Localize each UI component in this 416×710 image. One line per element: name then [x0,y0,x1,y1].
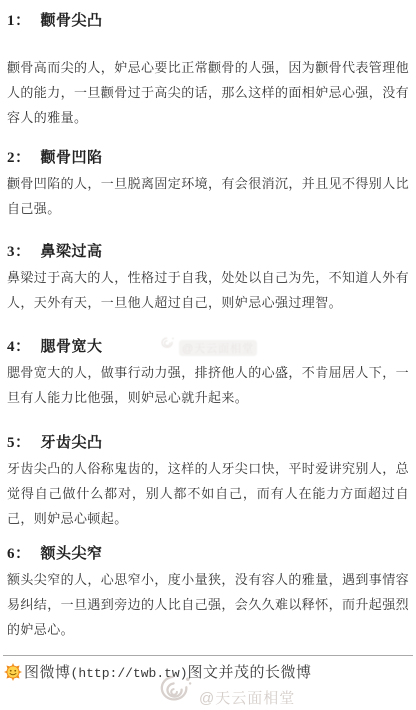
section-2-number: 2： [7,150,31,166]
section-4: 4：腮骨宽大 腮骨宽大的人，做事行动力强，排挤他人的心盛，不肯屈居人下，一旦有人… [7,336,409,410]
section-5-number: 5： [7,435,31,451]
section-1-heading: 1：颧骨尖凸 [7,10,409,32]
long-weibo-image: 1：颧骨尖凸 颧骨高而尖的人，妒忌心要比正常颧骨的人强，因为颧骨代表管理他人的能… [0,0,416,710]
footer-tagline: 图文并茂的长微博 [188,664,312,681]
section-2: 2：颧骨凹陷 颧骨凹陷的人，一旦脱离固定环境，有会很消沉，并且见不得别人比自己强… [7,147,409,221]
section-6-paragraph: 额头尖窄的人，心思窄小，度小量狭，没有容人的雅量，遇到事情容易纠结，一旦遇到旁边… [7,567,409,642]
footer: 图微博(http://twb.tw)图文并茂的长微博 [4,661,312,682]
section-5-heading: 5：牙齿尖凸 [7,432,409,454]
section-5-title: 牙齿尖凸 [41,434,103,451]
section-6-number: 6： [7,546,31,562]
footer-text: 图微博(http://twb.tw)图文并茂的长微博 [24,661,312,682]
sun-smiley-icon [4,663,22,681]
section-4-number: 4： [7,339,31,355]
section-3-number: 3： [7,244,31,260]
article-body: 1：颧骨尖凸 颧骨高而尖的人，妒忌心要比正常颧骨的人强，因为颧骨代表管理他人的能… [0,0,416,642]
section-6: 6：额头尖窄 额头尖窄的人，心思窄小，度小量狭，没有容人的雅量，遇到事情容易纠结… [7,543,409,642]
section-4-title: 腮骨宽大 [41,338,103,355]
section-6-heading: 6：额头尖窄 [7,543,409,565]
section-6-title: 额头尖窄 [41,545,103,562]
bottom-watermark-handle: @天云面相堂 [199,687,295,708]
section-5-paragraph: 牙齿尖凸的人俗称鬼齿的，这样的人牙尖口快，平时爱讲究别人，总觉得自己做什么都对，… [7,456,409,531]
section-5: 5：牙齿尖凸 牙齿尖凸的人俗称鬼齿的，这样的人牙尖口快，平时爱讲究别人，总觉得自… [7,432,409,531]
section-4-heading: 4：腮骨宽大 [7,336,409,358]
section-3: 3：鼻梁过高 鼻梁过于高大的人，性格过于自我，处处以自己为先，不知道人外有人，天… [7,241,409,315]
section-1-title: 颧骨尖凸 [41,12,103,29]
section-2-paragraph: 颧骨凹陷的人，一旦脱离固定环境，有会很消沉，并且见不得别人比自己强。 [7,171,409,221]
section-2-heading: 2：颧骨凹陷 [7,147,409,169]
section-3-paragraph: 鼻梁过于高大的人，性格过于自我，处处以自己为先，不知道人外有人，天外有天，一旦他… [7,265,409,315]
section-1-number: 1： [7,13,31,29]
section-3-title: 鼻梁过高 [41,243,103,260]
section-2-title: 颧骨凹陷 [41,149,103,166]
section-1: 1：颧骨尖凸 颧骨高而尖的人，妒忌心要比正常颧骨的人强，因为颧骨代表管理他人的能… [7,10,409,130]
section-4-paragraph: 腮骨宽大的人，做事行动力强，排挤他人的心盛，不肯屈居人下，一旦有人能力比他强，则… [7,360,409,410]
footer-divider [3,655,413,656]
section-1-paragraph: 颧骨高而尖的人，妒忌心要比正常颧骨的人强，因为颧骨代表管理他人的能力，一旦颧骨过… [7,55,409,130]
footer-site-name: 图微博 [24,664,71,681]
footer-url: (http://twb.tw) [71,666,188,681]
section-3-heading: 3：鼻梁过高 [7,241,409,263]
